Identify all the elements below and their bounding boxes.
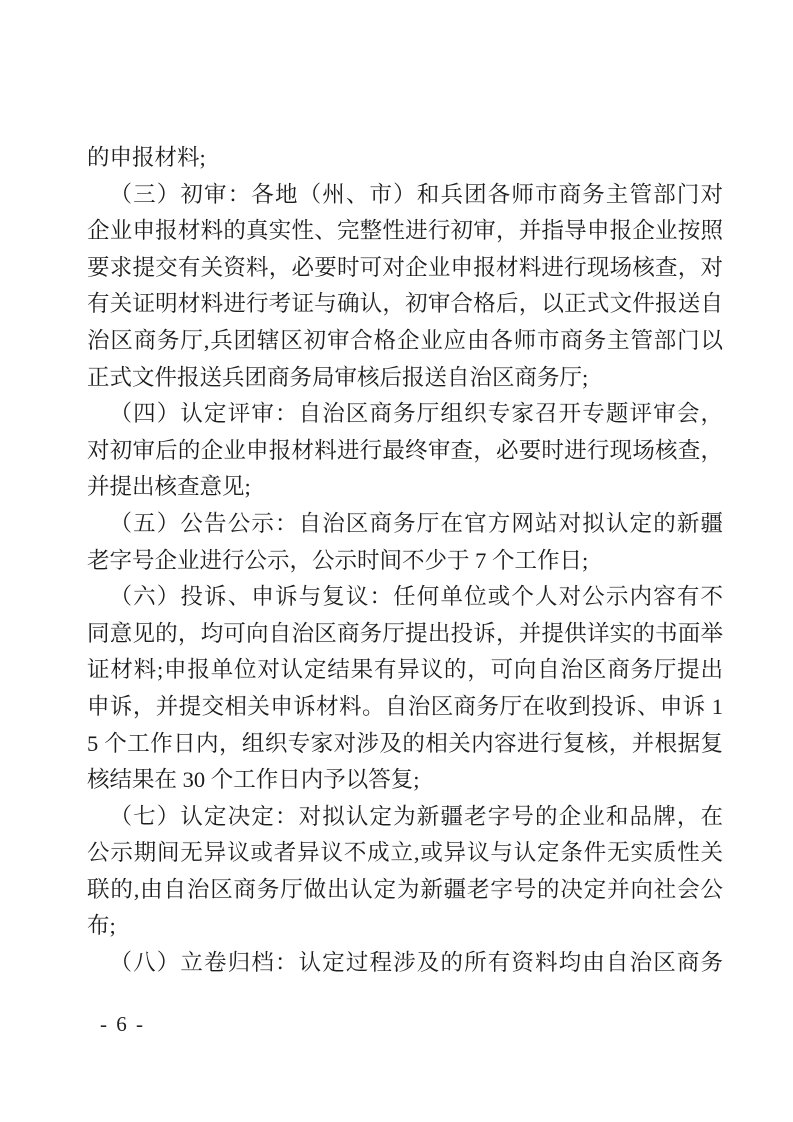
text-line: 正式文件报送兵团商务局审核后报送自治区商务厅;	[87, 360, 723, 397]
text-line: 并提出核查意见;	[87, 469, 723, 506]
text-line: 对初审后的企业申报材料进行最终审查，必要时进行现场核查，	[87, 433, 723, 470]
document-text-block: 的申报材料; （三）初审：各地（州、市）和兵团各师市商务主管部门对 企业申报材料…	[87, 140, 723, 982]
text-line: 有关证明材料进行考证与确认，初审合格后，以正式文件报送自	[87, 286, 723, 323]
text-line: 证材料;申报单位对认定结果有异议的，可向自治区商务厅提出	[87, 652, 723, 689]
text-line: （三）初审：各地（州、市）和兵团各师市商务主管部门对	[87, 177, 723, 214]
text-line: 老字号企业进行公示，公示时间不少于 7 个工作日;	[87, 543, 723, 580]
text-line: 公示期间无异议或者异议不成立,或异议与认定条件无实质性关	[87, 835, 723, 872]
text-line: 联的,由自治区商务厅做出认定为新疆老字号的决定并向社会公	[87, 872, 723, 909]
document-page: 的申报材料; （三）初审：各地（州、市）和兵团各师市商务主管部门对 企业申报材料…	[0, 0, 793, 1122]
text-line: （四）认定评审：自治区商务厅组织专家召开专题评审会，	[87, 396, 723, 433]
text-line: 企业申报材料的真实性、完整性进行初审，并指导申报企业按照	[87, 213, 723, 250]
text-line: 5 个工作日内，组织专家对涉及的相关内容进行复核，并根据复	[87, 726, 723, 763]
text-line: 的申报材料;	[87, 140, 723, 177]
text-line: 治区商务厅,兵团辖区初审合格企业应由各师市商务主管部门以	[87, 323, 723, 360]
text-line: 同意见的，均可向自治区商务厅提出投诉，并提供详实的书面举	[87, 616, 723, 653]
text-line: 核结果在 30 个工作日内予以答复;	[87, 762, 723, 799]
text-line: 布;	[87, 908, 723, 945]
text-line: 申诉，并提交相关申诉材料。自治区商务厅在收到投诉、申诉 1	[87, 689, 723, 726]
text-line: 要求提交有关资料，必要时可对企业申报材料进行现场核查，对	[87, 250, 723, 287]
text-line: （八）立卷归档：认定过程涉及的所有资料均由自治区商务	[87, 945, 723, 982]
page-number: - 6 -	[100, 1012, 145, 1036]
text-line: （七）认定决定：对拟认定为新疆老字号的企业和品牌，在	[87, 799, 723, 836]
text-line: （六）投诉、申诉与复议：任何单位或个人对公示内容有不	[87, 579, 723, 616]
text-line: （五）公告公示：自治区商务厅在官方网站对拟认定的新疆	[87, 506, 723, 543]
